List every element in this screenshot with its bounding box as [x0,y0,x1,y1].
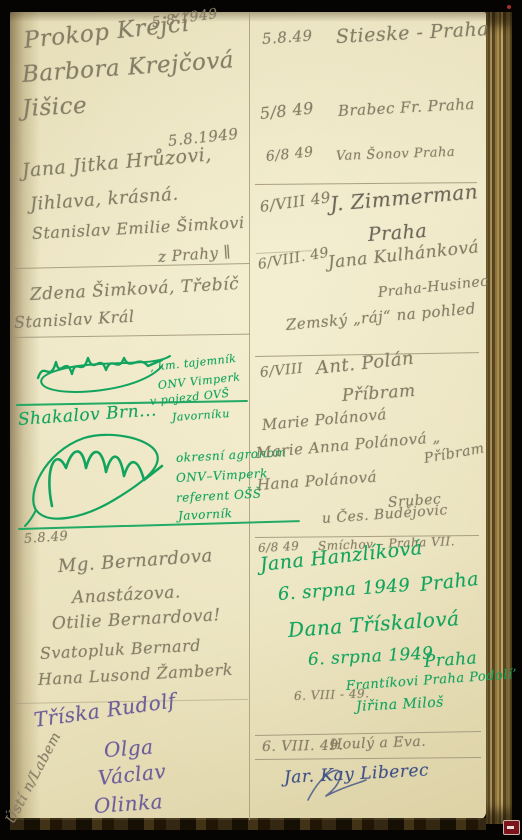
guest-name: Houlý a Eva. [330,735,427,752]
guestbook-photo: 5.8.1949 Prokop Krejčí Barbora Krejčová … [0,0,522,840]
guest-name: Olga [103,737,154,760]
guest-town: Praha [423,650,477,671]
guest-name: Olinka [93,791,163,816]
book-page-edges [486,12,512,824]
column-divider-line [249,12,250,820]
corner-red-badge-icon[interactable] [503,820,520,835]
guest-town: Jišice [21,95,87,121]
signature-flourish-3 [300,760,370,804]
badge-bar [507,826,514,829]
annotation: Javorník [178,507,233,522]
bottom-edge [10,818,486,830]
guest-name: Václav [97,761,167,788]
guest-town: Praha [367,222,427,245]
guest-name: Van Šonov Praha [336,146,456,163]
red-speck [507,5,511,9]
entry-date: 5.8.49 [24,530,69,546]
entry-date: 5.8.49 [261,28,313,47]
top-edge-shadow [10,12,486,22]
signature-flourish-2 [22,428,177,528]
